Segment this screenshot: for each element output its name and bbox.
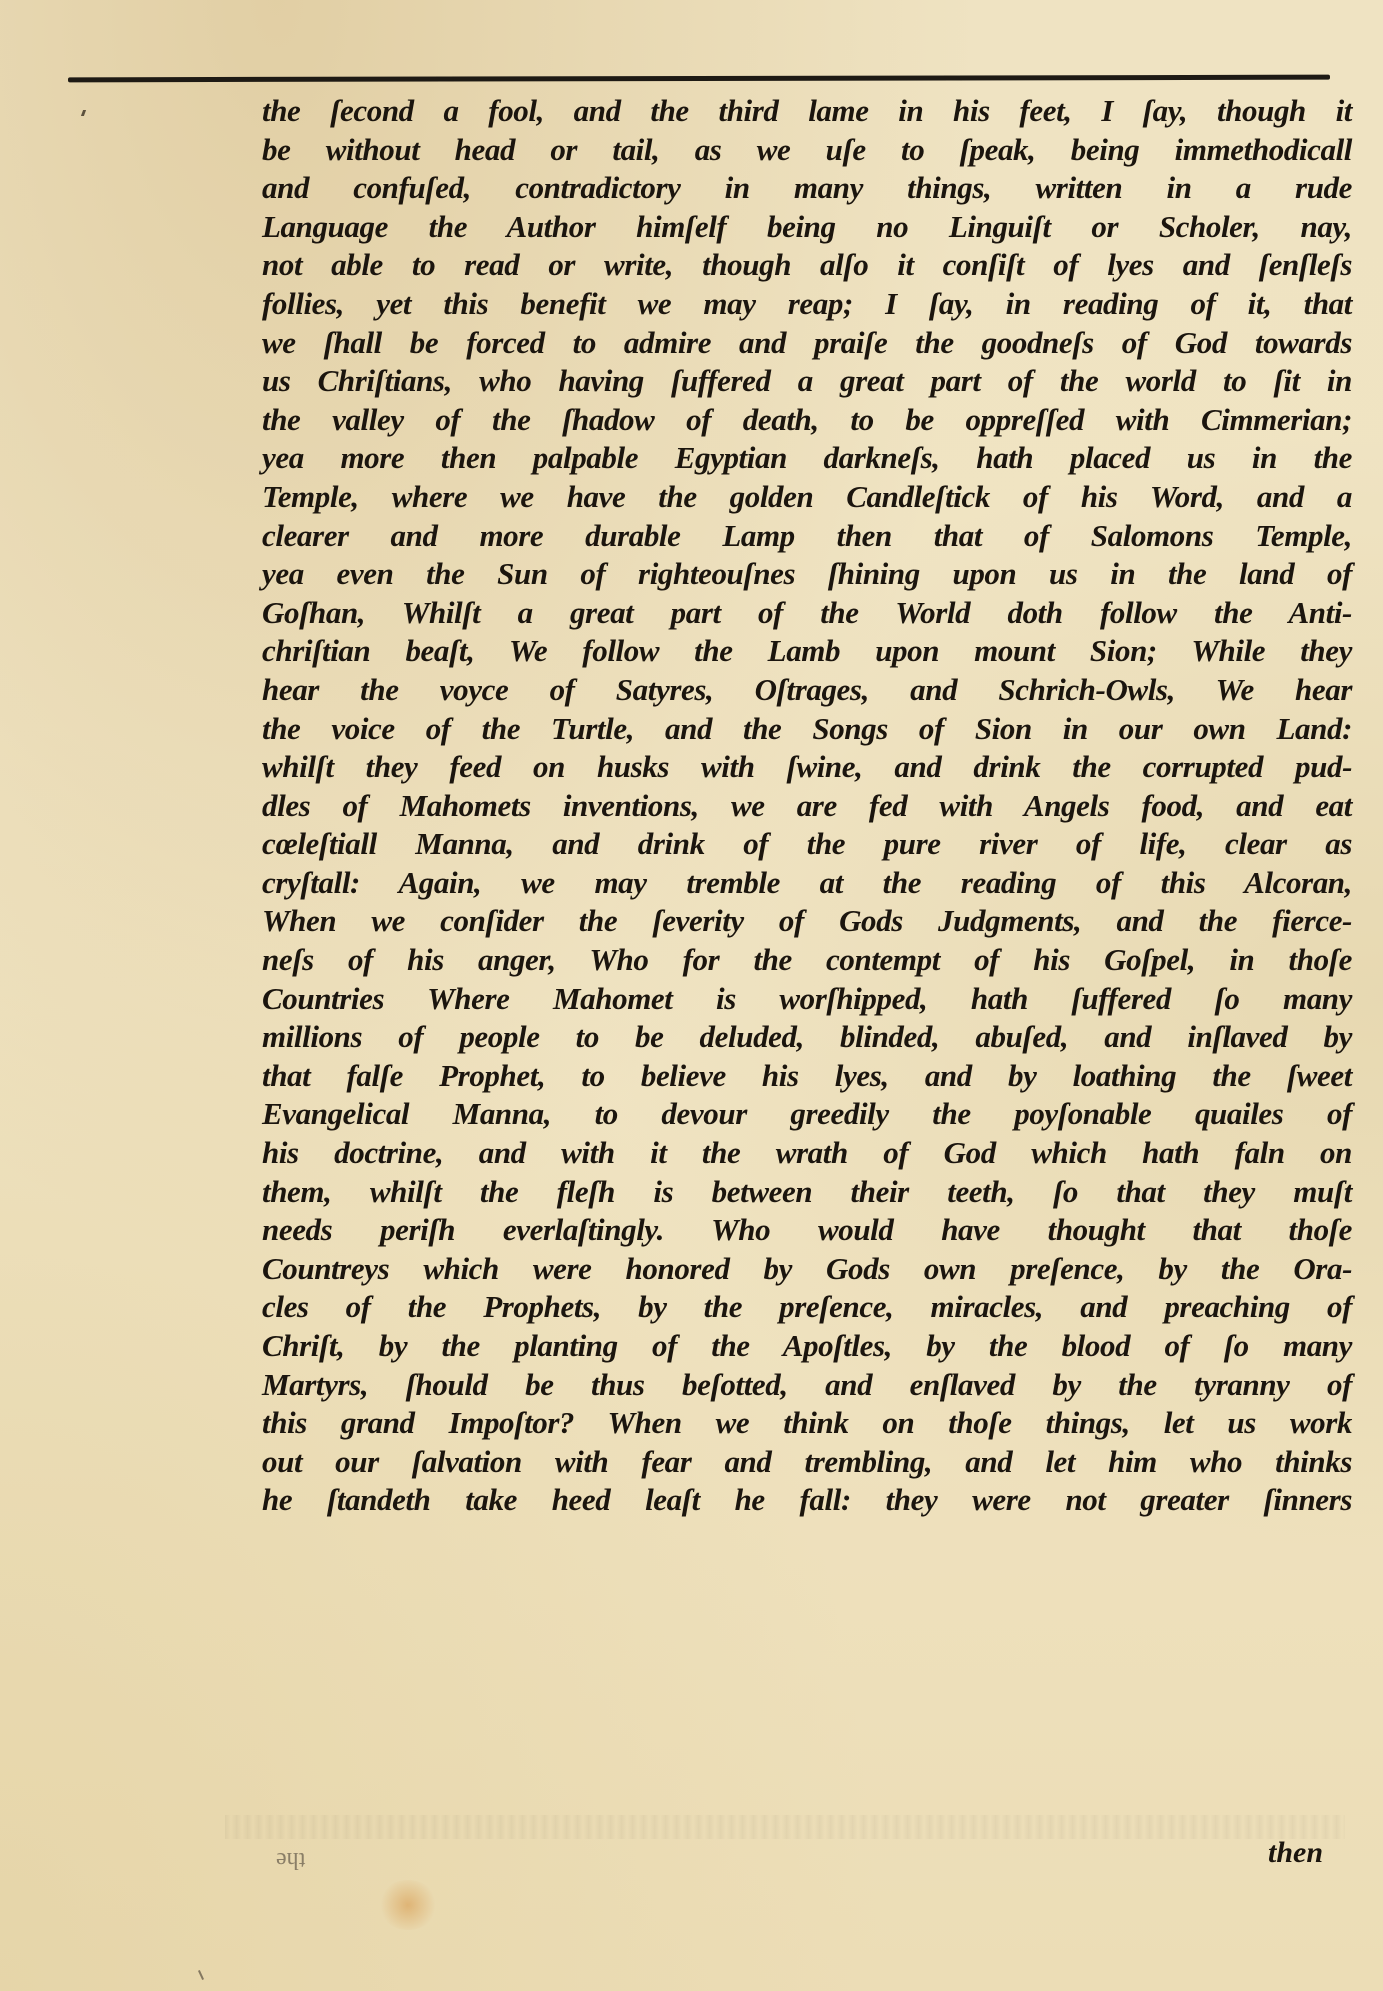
text-line: he ſtandeth take heed leaſt he fall: the… [262,1481,1352,1520]
show-through-page-number: the [276,1846,305,1873]
text-line: we ſhall be forced to admire and praiſe … [262,324,1352,363]
catchword: then [1268,1836,1323,1870]
margin-tick [198,1970,204,1980]
text-line: yea more then palpable Egyptian darkneſs… [262,439,1352,478]
text-line: chriſtian beaſt, We follow the Lamb upon… [262,632,1352,671]
text-line: that falſe Prophet, to believe his lyes,… [262,1057,1352,1096]
text-line: cœleſtiall Manna, and drink of the pure … [262,825,1352,864]
text-line: Chriſt, by the planting of the Apoſtles,… [262,1327,1352,1366]
text-line: Martyrs, ſhould be thus beſotted, and en… [262,1366,1352,1405]
text-line: millions of people to be deluded, blinde… [262,1018,1352,1057]
text-line: Language the Author himſelf being no Lin… [262,208,1352,247]
text-line: Temple, where we have the golden Candleſ… [262,478,1352,517]
book-page: the ſecond a fool, and the third lame in… [0,0,1383,1991]
text-line: yea even the Sun of righteouſnes ſhining… [262,555,1352,594]
text-line: When we conſider the ſeverity of Gods Ju… [262,902,1352,941]
text-line: not able to read or write, though alſo i… [262,246,1352,285]
text-line: the ſecond a fool, and the third lame in… [262,92,1352,131]
text-line: the valley of the ſhadow of death, to be… [262,401,1352,440]
text-line: and confuſed, contradictory in many thin… [262,169,1352,208]
text-line: dles of Mahomets inventions, we are fed … [262,787,1352,826]
text-line: Countries Where Mahomet is worſhipped, h… [262,980,1352,1019]
text-line: the voice of the Turtle, and the Songs o… [262,710,1352,749]
text-line: his doctrine, and with it the wrath of G… [262,1134,1352,1173]
paper-stain [378,1880,438,1930]
text-line: Countreys which were honored by Gods own… [262,1250,1352,1289]
text-line: follies, yet this benefit we may reap; I… [262,285,1352,324]
text-line: hear the voyce of Satyres, Oſtrages, and… [262,671,1352,710]
margin-mark [81,110,86,116]
text-line: whilſt they feed on husks with ſwine, an… [262,748,1352,787]
text-line: this grand Impoſtor? When we think on th… [262,1404,1352,1443]
text-line: cles of the Prophets, by the preſence, m… [262,1288,1352,1327]
text-line: out our ſalvation with fear and tremblin… [262,1443,1352,1482]
text-line: be without head or tail, as we uſe to ſp… [262,131,1352,170]
text-line: cryſtall: Again, we may tremble at the r… [262,864,1352,903]
text-line: Goſhan, Whilſt a great part of the World… [262,594,1352,633]
ink-bleed-through [225,1815,1345,1839]
text-line: them, whilſt the fleſh is between their … [262,1173,1352,1212]
text-line: us Chriſtians, who having ſuffered a gre… [262,362,1352,401]
header-rule [68,75,1330,83]
text-line: needs periſh everlaſtingly. Who would ha… [262,1211,1352,1250]
text-line: Evangelical Manna, to devour greedily th… [262,1095,1352,1134]
text-line: clearer and more durable Lamp then that … [262,517,1352,556]
body-text: the ſecond a fool, and the third lame in… [262,92,1352,1520]
text-line: neſs of his anger, Who for the contempt … [262,941,1352,980]
